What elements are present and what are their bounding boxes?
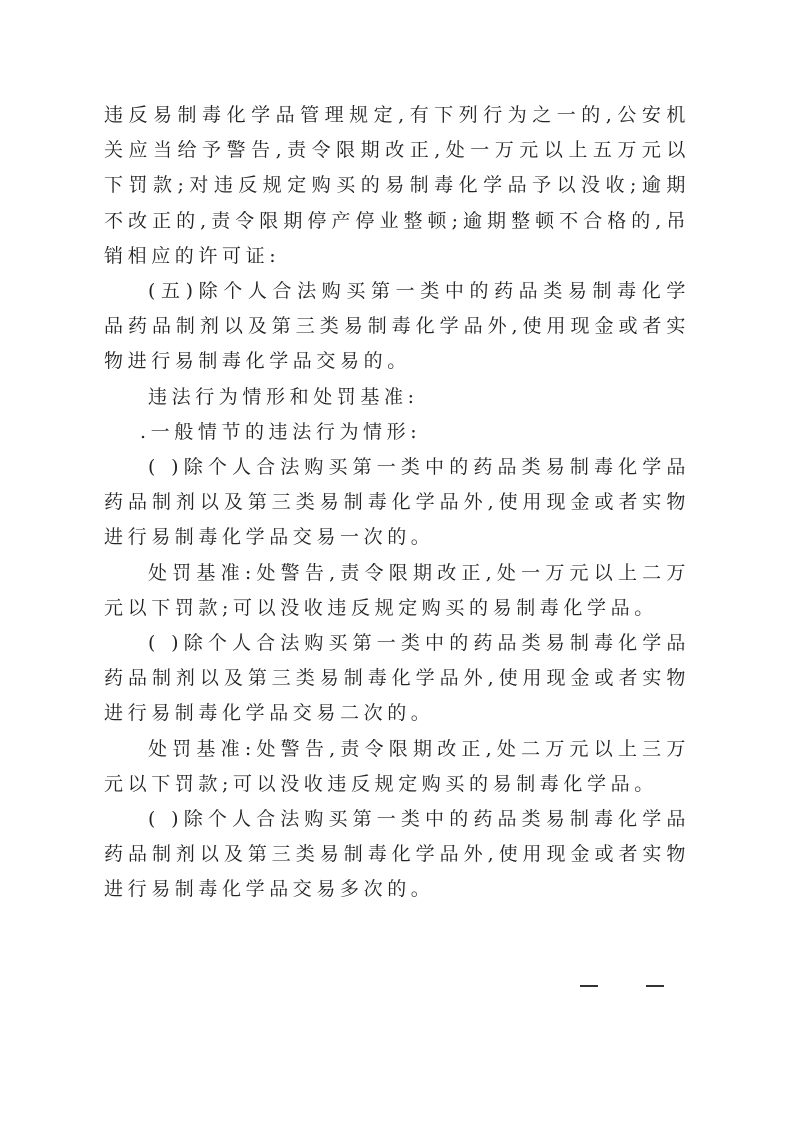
penalty-one-paragraph: 处罚基准:处警告,责令限期改正,处一万元以上二万元以下罚款;可以没收违反规定购买…	[104, 556, 690, 626]
page-number-dash-left	[580, 985, 598, 987]
page-footer	[580, 985, 680, 987]
penalty-two-paragraph: 处罚基准:处警告,责令限期改正,处二万元以上三万元以下罚款;可以没收违反规定购买…	[104, 732, 690, 802]
document-body: 违反易制毒化学品管理规定,有下列行为之一的,公安机关应当给予警告,责令限期改正,…	[104, 98, 690, 908]
item-five-paragraph: (五)除个人合法购买第一类中的药品类易制毒化学品药品制剂以及第三类易制毒化学品外…	[104, 274, 690, 380]
case-one-paragraph: ( )除个人合法购买第一类中的药品类易制毒化学品药品制剂以及第三类易制毒化学品外…	[104, 450, 690, 556]
general-circumstances-heading: .一般情节的违法行为情形:	[104, 415, 690, 450]
intro-paragraph: 违反易制毒化学品管理规定,有下列行为之一的,公安机关应当给予警告,责令限期改正,…	[104, 98, 690, 274]
case-three-paragraph: ( )除个人合法购买第一类中的药品类易制毒化学品药品制剂以及第三类易制毒化学品外…	[104, 802, 690, 908]
standards-heading: 违法行为情形和处罚基准:	[104, 380, 690, 415]
page-number-dash-right	[646, 985, 664, 987]
case-two-paragraph: ( )除个人合法购买第一类中的药品类易制毒化学品药品制剂以及第三类易制毒化学品外…	[104, 626, 690, 732]
